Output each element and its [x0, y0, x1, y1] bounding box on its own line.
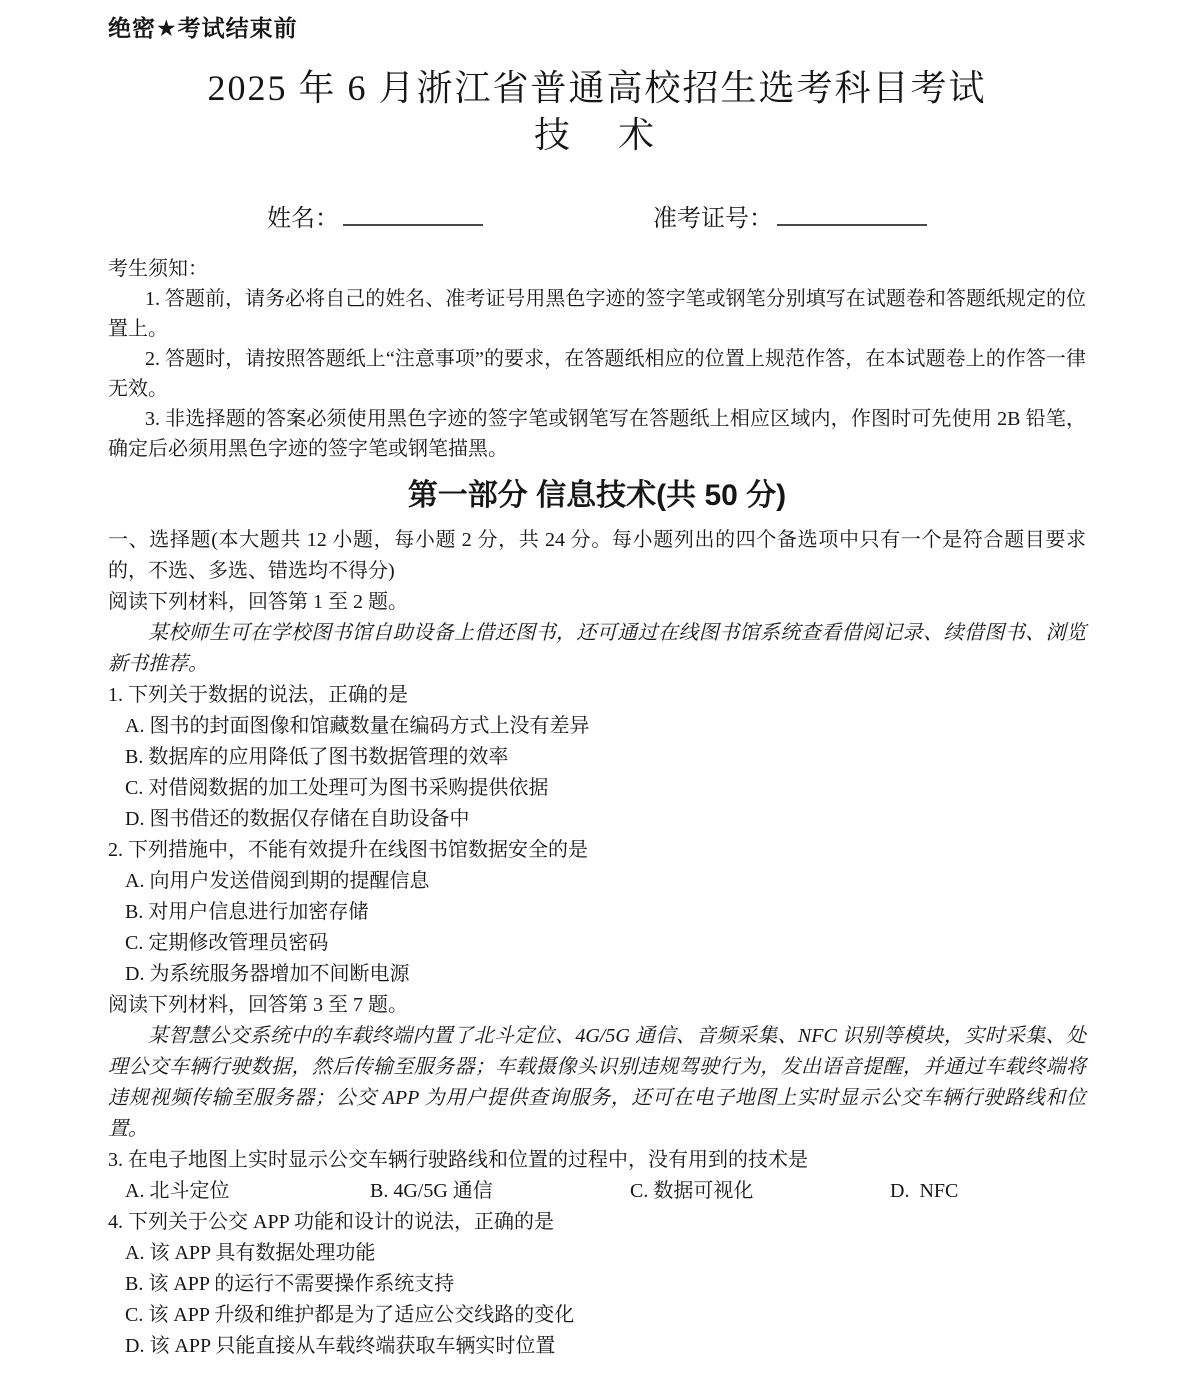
name-label: 姓名：	[267, 206, 339, 232]
admission-id-label: 准考证号：	[653, 206, 773, 232]
candidate-notice: 考生须知： 1. 答题前，请务必将自己的姓名、准考证号用黑色字迹的签字笔或钢笔分…	[108, 254, 1086, 464]
question-1-stem: 1. 下列关于数据的说法，正确的是	[108, 680, 1086, 711]
exam-paper-page: 绝密★考试结束前 2025 年 6 月浙江省普通高校招生选考科目考试 技 术 姓…	[0, 0, 1192, 1378]
question-1-options: A. 图书的封面图像和馆藏数量在编码方式上没有差异 B. 数据库的应用降低了图书…	[108, 711, 1086, 835]
reading-instruction-1: 阅读下列材料，回答第 1 至 2 题。	[108, 587, 1086, 618]
question-3-option-b: B. 4G/5G 通信	[370, 1176, 630, 1207]
material-passage-2: 某智慧公交系统中的车载终端内置了北斗定位、4G/5G 通信、音频采集、NFC 识…	[108, 1021, 1086, 1145]
name-blank-underline	[343, 200, 483, 226]
question-1-option-c: C. 对借阅数据的加工处理可为图书采购提供依据	[108, 773, 1086, 804]
mcq-instructions: 一、选择题(本大题共 12 小题，每小题 2 分，共 24 分。每小题列出的四个…	[108, 525, 1086, 587]
secrecy-label: 绝密★考试结束前	[108, 14, 1086, 44]
name-field-group: 姓名：	[267, 200, 483, 237]
notice-title: 考生须知：	[108, 254, 1086, 284]
question-4: 4. 下列关于公交 APP 功能和设计的说法，正确的是 A. 该 APP 具有数…	[108, 1207, 1086, 1362]
material-passage-1: 某校师生可在学校图书馆自助设备上借还图书，还可通过在线图书馆系统查看借阅记录、续…	[108, 618, 1086, 680]
section-heading: 第一部分 信息技术(共 50 分)	[108, 476, 1086, 515]
question-4-options: A. 该 APP 具有数据处理功能 B. 该 APP 的运行不需要操作系统支持 …	[108, 1238, 1086, 1362]
question-1: 1. 下列关于数据的说法，正确的是 A. 图书的封面图像和馆藏数量在编码方式上没…	[108, 680, 1086, 835]
question-2: 2. 下列措施中，不能有效提升在线图书馆数据安全的是 A. 向用户发送借阅到期的…	[108, 835, 1086, 990]
question-4-option-a: A. 该 APP 具有数据处理功能	[108, 1238, 1086, 1269]
question-2-option-c: C. 定期修改管理员密码	[108, 928, 1086, 959]
question-2-stem: 2. 下列措施中，不能有效提升在线图书馆数据安全的是	[108, 835, 1086, 866]
question-2-option-a: A. 向用户发送借阅到期的提醒信息	[108, 866, 1086, 897]
candidate-info-row: 姓名： 准考证号：	[108, 200, 1086, 237]
question-1-option-a: A. 图书的封面图像和馆藏数量在编码方式上没有差异	[108, 711, 1086, 742]
question-3: 3. 在电子地图上实时显示公交车辆行驶路线和位置的过程中，没有用到的技术是 A.…	[108, 1145, 1086, 1207]
question-body: 一、选择题(本大题共 12 小题，每小题 2 分，共 24 分。每小题列出的四个…	[108, 525, 1086, 1362]
notice-item-1: 1. 答题前，请务必将自己的姓名、准考证号用黑色字迹的签字笔或钢笔分别填写在试题…	[108, 284, 1086, 344]
question-2-options: A. 向用户发送借阅到期的提醒信息 B. 对用户信息进行加密存储 C. 定期修改…	[108, 866, 1086, 990]
question-3-option-d: D. NFC	[890, 1176, 1086, 1207]
question-2-option-b: B. 对用户信息进行加密存储	[108, 897, 1086, 928]
notice-item-2: 2. 答题时，请按照答题纸上“注意事项”的要求，在答题纸相应的位置上规范作答，在…	[108, 344, 1086, 404]
question-3-option-c: C. 数据可视化	[630, 1176, 890, 1207]
question-2-option-d: D. 为系统服务器增加不间断电源	[108, 959, 1086, 990]
exam-title: 2025 年 6 月浙江省普通高校招生选考科目考试	[108, 66, 1086, 111]
notice-item-3: 3. 非选择题的答案必须使用黑色字迹的签字笔或钢笔写在答题纸上相应区域内，作图时…	[108, 404, 1086, 464]
exam-subject: 技 术	[108, 113, 1086, 158]
admission-id-field-group: 准考证号：	[653, 200, 927, 237]
question-3-options: A. 北斗定位 B. 4G/5G 通信 C. 数据可视化 D. NFC	[108, 1176, 1086, 1207]
question-4-option-d: D. 该 APP 只能直接从车载终端获取车辆实时位置	[108, 1331, 1086, 1362]
question-3-option-a: A. 北斗定位	[125, 1176, 370, 1207]
question-1-option-d: D. 图书借还的数据仅存储在自助设备中	[108, 804, 1086, 835]
question-1-option-b: B. 数据库的应用降低了图书数据管理的效率	[108, 742, 1086, 773]
reading-instruction-2: 阅读下列材料，回答第 3 至 7 题。	[108, 990, 1086, 1021]
question-4-stem: 4. 下列关于公交 APP 功能和设计的说法，正确的是	[108, 1207, 1086, 1238]
admission-id-blank-underline	[777, 200, 927, 226]
question-4-option-b: B. 该 APP 的运行不需要操作系统支持	[108, 1269, 1086, 1300]
question-4-option-c: C. 该 APP 升级和维护都是为了适应公交线路的变化	[108, 1300, 1086, 1331]
question-3-stem: 3. 在电子地图上实时显示公交车辆行驶路线和位置的过程中，没有用到的技术是	[108, 1145, 1086, 1176]
